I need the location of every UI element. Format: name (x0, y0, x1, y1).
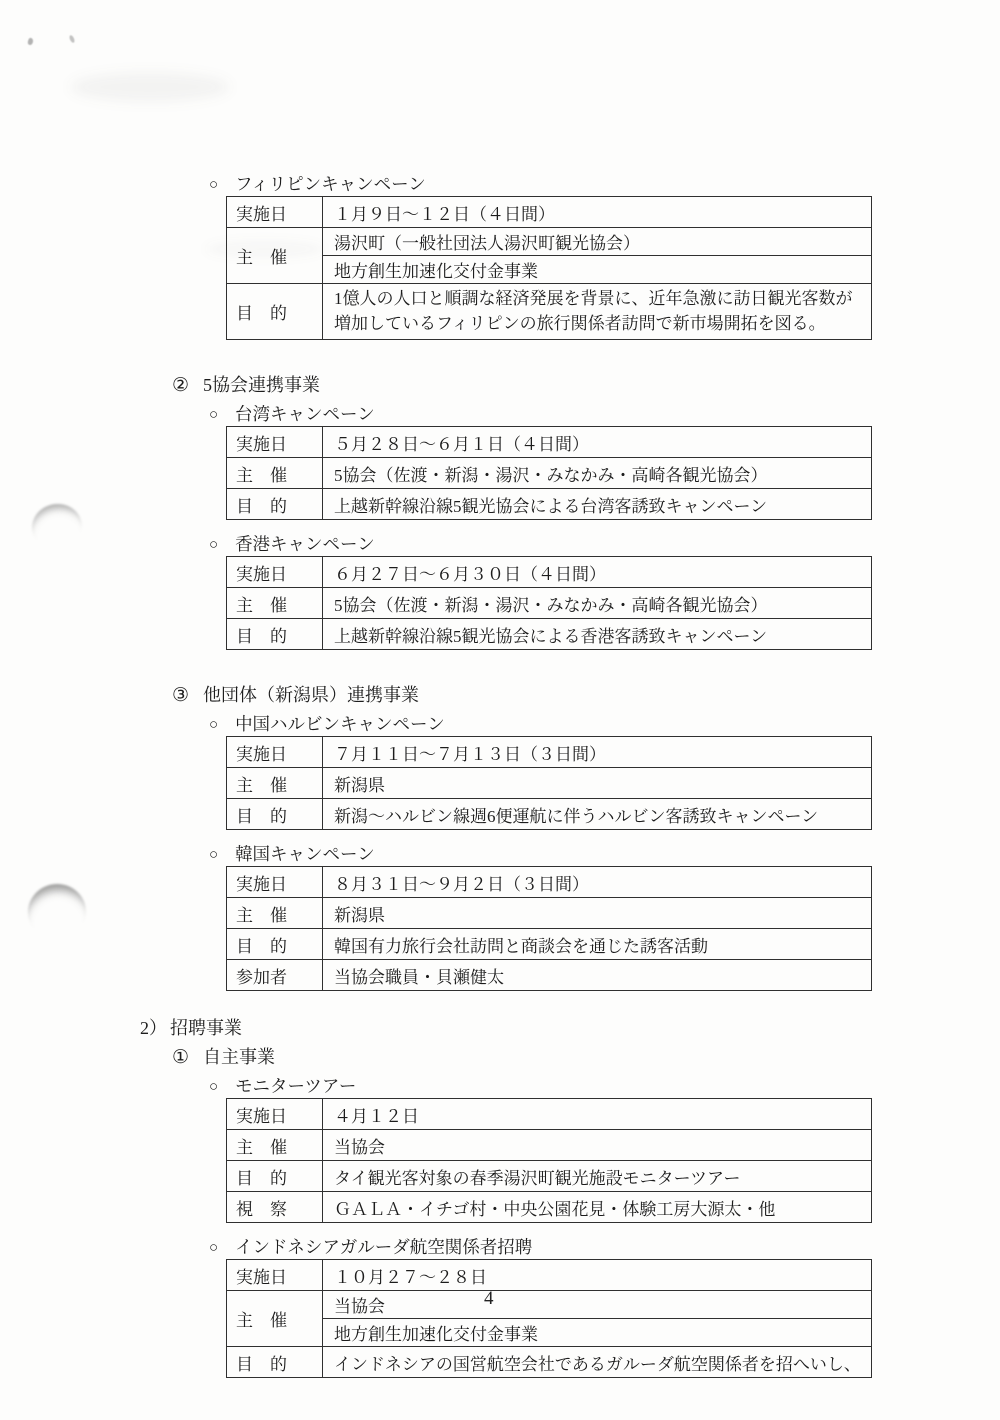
row-label: 主 催 (227, 768, 323, 799)
circle-bullet-icon: ○ (209, 177, 218, 193)
table-row: 実施日５月２８日～６月１日（４日間） (227, 427, 872, 458)
row-label: 主 催 (227, 1130, 323, 1161)
table-row: 目 的1億人の人口と順調な経済発展を背景に、近年急激に訪日観光客数が 増加してい… (227, 284, 872, 340)
row-value: 5協会（佐渡・新潟・湯沢・みなかみ・高崎各観光協会） (323, 458, 872, 489)
section-number: ② (172, 375, 189, 396)
row-value: 1億人の人口と順調な経済発展を背景に、近年急激に訪日観光客数が 増加しているフィ… (323, 284, 872, 340)
campaign-item: ○フィリピンキャンペーン (209, 175, 1000, 196)
page-number: 4 (484, 1288, 494, 1310)
campaign-item: ○インドネシアガルーダ航空関係者招聘 (209, 1238, 1000, 1259)
row-value: ４月１２日 (323, 1099, 872, 1130)
circle-bullet-icon: ○ (209, 847, 218, 863)
row-label: 目 的 (227, 619, 323, 650)
row-value: ８月３１日～９月２日（３日間） (323, 867, 872, 898)
circle-bullet-icon: ○ (209, 1079, 218, 1095)
table-row: 主 催当協会 (227, 1291, 872, 1319)
row-label: 主 催 (227, 1291, 323, 1347)
campaign-item: ○台湾キャンペーン (209, 405, 1000, 426)
campaign-item: ○モニターツアー (209, 1077, 1000, 1098)
row-label: 目 的 (227, 1161, 323, 1192)
table-row: 主 催湯沢町（一般社団法人湯沢町観光協会） (227, 228, 872, 256)
campaign-title: フィリピンキャンペーン (235, 174, 426, 194)
campaign-title: 台湾キャンペーン (235, 404, 375, 424)
info-table: 実施日８月３１日～９月２日（３日間）主 催新潟県目 的韓国有力旅行会社訪問と商談… (226, 866, 872, 991)
row-label: 実施日 (227, 1099, 323, 1130)
row-value: ＧＡＬＡ・イチゴ村・中央公園花見・体験工房大源太・他 (323, 1192, 872, 1223)
row-value: 新潟～ハルビン線週6便運航に伴うハルビン客誘致キャンペーン (323, 799, 872, 830)
circle-bullet-icon: ○ (209, 407, 218, 423)
circle-bullet-icon: ○ (209, 717, 218, 733)
table-row: 実施日１月９日～１２日（４日間） (227, 197, 872, 228)
campaign-item: ○香港キャンペーン (209, 535, 1000, 556)
row-label: 主 催 (227, 228, 323, 284)
info-table: 実施日５月２８日～６月１日（４日間）主 催5協会（佐渡・新潟・湯沢・みなかみ・高… (226, 426, 872, 520)
info-table: 実施日７月１１日～７月１３日（３日間）主 催新潟県目 的新潟～ハルビン線週6便運… (226, 736, 872, 830)
section-title: 招聘事業 (170, 1018, 242, 1038)
table-row: 実施日４月１２日 (227, 1099, 872, 1130)
row-label: 実施日 (227, 1260, 323, 1291)
campaign-title: 中国ハルビンキャンペーン (235, 714, 445, 734)
row-value: タイ観光客対象の春季湯沢町観光施設モニターツアー (323, 1161, 872, 1192)
section-number: 2） (140, 1018, 167, 1038)
section-title: 他団体（新潟県）連携事業 (203, 685, 419, 705)
row-label: 主 催 (227, 458, 323, 489)
row-value: １月９日～１２日（４日間） (323, 197, 872, 228)
row-label: 目 的 (227, 489, 323, 520)
table-row: 地方創生加速化交付金事業 (227, 256, 872, 284)
table-row: 目 的インドネシアの国営航空会社であるガルーダ航空関係者を招へいし、 (227, 1347, 872, 1378)
campaign-title: 韓国キャンペーン (235, 844, 375, 864)
info-table: 実施日１月９日～１２日（４日間）主 催湯沢町（一般社団法人湯沢町観光協会）地方創… (226, 196, 872, 340)
info-table: 実施日４月１２日主 催当協会目 的タイ観光客対象の春季湯沢町観光施設モニターツア… (226, 1098, 872, 1223)
row-value: 新潟県 (323, 768, 872, 799)
row-value: 韓国有力旅行会社訪問と商談会を通じた誘客活動 (323, 929, 872, 960)
section-heading: ③他団体（新潟県）連携事業 (172, 683, 1000, 708)
table-row: 主 催新潟県 (227, 898, 872, 929)
table-row: 実施日６月２７日～６月３０日（４日間） (227, 557, 872, 588)
row-label: 目 的 (227, 1347, 323, 1378)
row-label: 主 催 (227, 588, 323, 619)
row-label: 目 的 (227, 929, 323, 960)
row-value: 当協会 (323, 1291, 872, 1319)
table-row: 目 的タイ観光客対象の春季湯沢町観光施設モニターツアー (227, 1161, 872, 1192)
campaign-title: インドネシアガルーダ航空関係者招聘 (235, 1237, 532, 1257)
row-label: 実施日 (227, 427, 323, 458)
table-row: 主 催5協会（佐渡・新潟・湯沢・みなかみ・高崎各観光協会） (227, 588, 872, 619)
grant-program-note: 地方創生加速化交付金事業 (323, 256, 872, 284)
table-row: 主 催新潟県 (227, 768, 872, 799)
table-row: 主 催5協会（佐渡・新潟・湯沢・みなかみ・高崎各観光協会） (227, 458, 872, 489)
row-value: インドネシアの国営航空会社であるガルーダ航空関係者を招へいし、 (323, 1347, 872, 1378)
row-value: 当協会 (323, 1130, 872, 1161)
table-row: 目 的新潟～ハルビン線週6便運航に伴うハルビン客誘致キャンペーン (227, 799, 872, 830)
row-label: 実施日 (227, 867, 323, 898)
row-label: 視 察 (227, 1192, 323, 1223)
row-value: ７月１１日～７月１３日（３日間） (323, 737, 872, 768)
table-row: 実施日１０月２７～２８日 (227, 1260, 872, 1291)
row-value: 当協会職員・貝瀬健太 (323, 960, 872, 991)
row-label: 実施日 (227, 737, 323, 768)
table-row: 地方創生加速化交付金事業 (227, 1319, 872, 1347)
document-content: ○フィリピンキャンペーン実施日１月９日～１２日（４日間）主 催湯沢町（一般社団法… (0, 0, 1000, 1378)
info-table: 実施日６月２７日～６月３０日（４日間）主 催5協会（佐渡・新潟・湯沢・みなかみ・… (226, 556, 872, 650)
row-value: 上越新幹線沿線5観光協会による台湾客誘致キャンペーン (323, 489, 872, 520)
section-number: ① (172, 1047, 189, 1068)
row-label: 主 催 (227, 898, 323, 929)
row-label: 目 的 (227, 799, 323, 830)
table-row: 実施日７月１１日～７月１３日（３日間） (227, 737, 872, 768)
document-page: ○フィリピンキャンペーン実施日１月９日～１２日（４日間）主 催湯沢町（一般社団法… (0, 0, 1000, 1420)
campaign-item: ○中国ハルビンキャンペーン (209, 715, 1000, 736)
row-value: 湯沢町（一般社団法人湯沢町観光協会） (323, 228, 872, 256)
row-value: ５月２８日～６月１日（４日間） (323, 427, 872, 458)
section-number: ③ (172, 685, 189, 706)
table-row: 参加者当協会職員・貝瀬健太 (227, 960, 872, 991)
table-row: 目 的上越新幹線沿線5観光協会による香港客誘致キャンペーン (227, 619, 872, 650)
row-value: 上越新幹線沿線5観光協会による香港客誘致キャンペーン (323, 619, 872, 650)
row-label: 目 的 (227, 284, 323, 340)
info-table: 実施日１０月２７～２８日主 催当協会地方創生加速化交付金事業目 的インドネシアの… (226, 1259, 872, 1378)
row-value: 新潟県 (323, 898, 872, 929)
section-heading: 2）招聘事業 (140, 1016, 1000, 1040)
section-title: 5協会連携事業 (203, 375, 320, 395)
circle-bullet-icon: ○ (209, 1240, 218, 1256)
row-value: １０月２７～２８日 (323, 1260, 872, 1291)
row-label: 実施日 (227, 557, 323, 588)
row-value: 5協会（佐渡・新潟・湯沢・みなかみ・高崎各観光協会） (323, 588, 872, 619)
section-heading: ②5協会連携事業 (172, 373, 1000, 398)
table-row: 目 的韓国有力旅行会社訪問と商談会を通じた誘客活動 (227, 929, 872, 960)
campaign-title: モニターツアー (235, 1076, 356, 1096)
campaign-title: 香港キャンペーン (235, 534, 375, 554)
table-row: 視 察ＧＡＬＡ・イチゴ村・中央公園花見・体験工房大源太・他 (227, 1192, 872, 1223)
table-row: 主 催当協会 (227, 1130, 872, 1161)
table-row: 実施日８月３１日～９月２日（３日間） (227, 867, 872, 898)
grant-program-note: 地方創生加速化交付金事業 (323, 1319, 872, 1347)
row-value: ６月２７日～６月３０日（４日間） (323, 557, 872, 588)
table-row: 目 的上越新幹線沿線5観光協会による台湾客誘致キャンペーン (227, 489, 872, 520)
section-heading: ①自主事業 (172, 1045, 1000, 1070)
campaign-item: ○韓国キャンペーン (209, 845, 1000, 866)
section-title: 自主事業 (203, 1047, 275, 1067)
row-label: 実施日 (227, 197, 323, 228)
circle-bullet-icon: ○ (209, 537, 218, 553)
row-label: 参加者 (227, 960, 323, 991)
